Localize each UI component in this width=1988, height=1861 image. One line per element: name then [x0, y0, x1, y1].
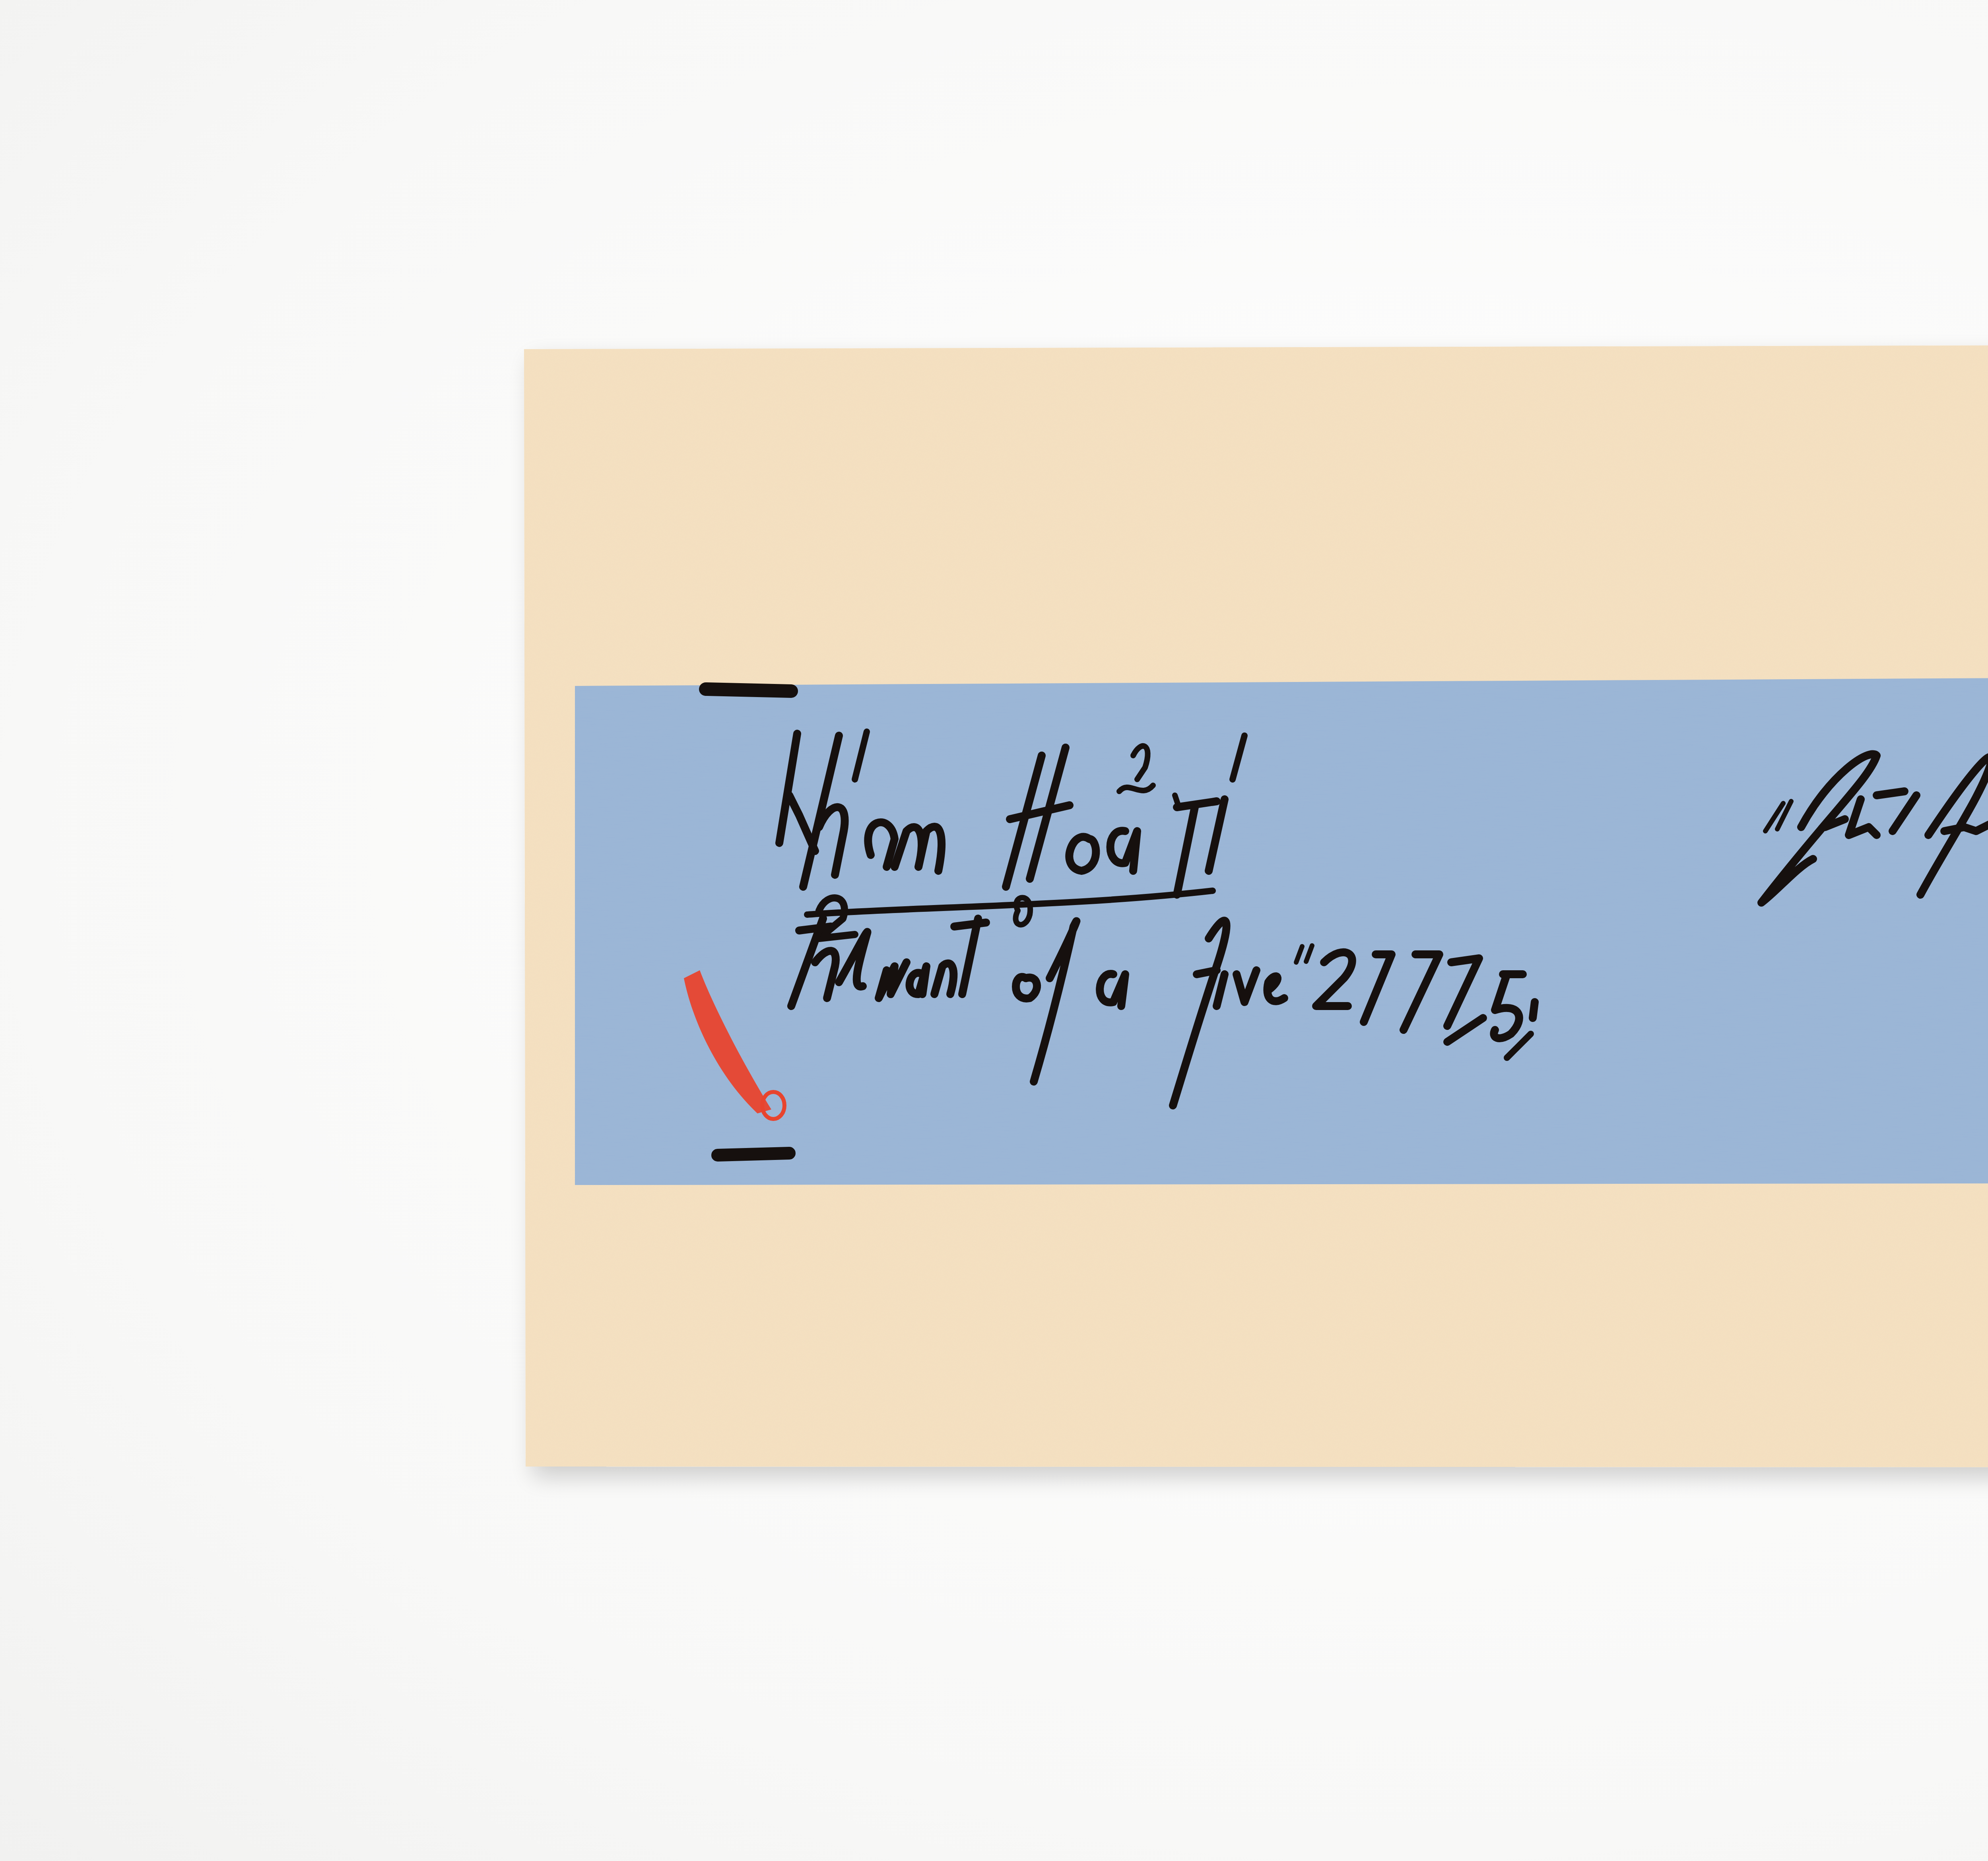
document-photo	[0, 0, 1988, 1861]
blue-paper-slip	[575, 676, 1988, 1185]
